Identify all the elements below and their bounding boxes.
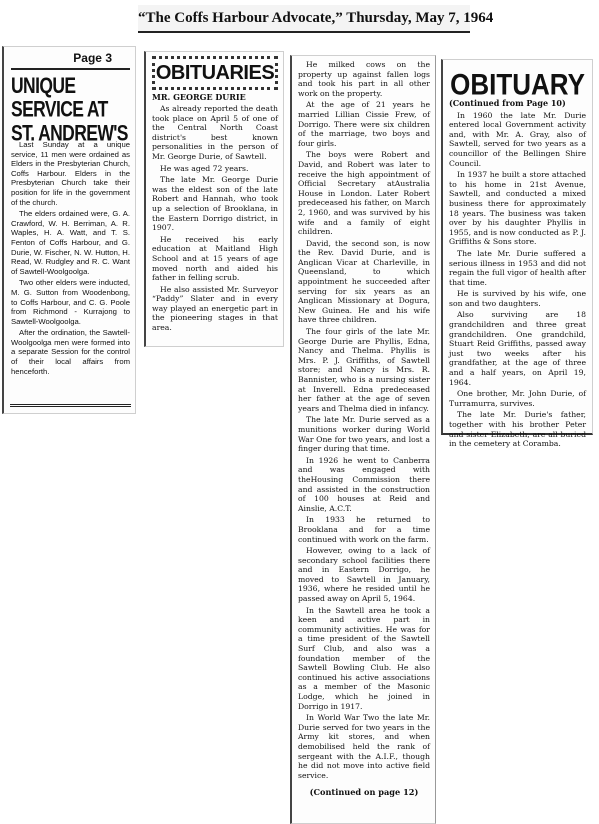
paragraph: In 1937 he built a store attached to his… <box>449 170 586 247</box>
article-obituary-continued: OBITUARY (Continued from Page 10) In 196… <box>441 59 593 435</box>
paragraph: In the Sawtell area he took a keen and a… <box>298 606 430 712</box>
paragraph: However, owing to a lack of secondary sc… <box>298 546 430 604</box>
page-label: Page 3 <box>11 51 130 65</box>
paragraph: He was aged 72 years. <box>152 164 278 174</box>
paragraph: In 1933 he returned to Brooklana and for… <box>298 515 430 544</box>
paragraph: One brother, Mr. John Durie, of Turramur… <box>449 389 586 408</box>
paragraph: The boys were Robert and David, and Robe… <box>298 150 430 236</box>
paragraph: The late Mr. Durie suffered a serious il… <box>449 249 586 287</box>
headline: UNIQUE SERVICE AT ST. ANDREW'S <box>11 74 130 145</box>
newspaper-masthead: “The Coffs Harbour Advocate,” Thursday, … <box>138 5 470 33</box>
paragraph: In 1926 he went to Canberra and was enga… <box>298 456 430 514</box>
paragraph: He also assisted Mr. Surveyor “Paddy” Sl… <box>152 285 278 333</box>
article-unique-service: Page 3 UNIQUE SERVICE AT ST. ANDREW'S La… <box>2 46 136 414</box>
paragraph: He received his early education at Maitl… <box>152 235 278 283</box>
paragraph: The four girls of the late Mr. George Du… <box>298 327 430 413</box>
paragraph: As already reported the death took place… <box>152 104 278 162</box>
byline: MR. GEORGE DURIE <box>152 92 278 102</box>
article-obituary-body: He milked cows on the property up agains… <box>290 55 436 824</box>
paragraph: In 1960 the late Mr. Durie entered local… <box>449 111 586 169</box>
paragraph: The late Mr. Durie's father, together wi… <box>449 410 586 448</box>
paragraph: The late Mr. George Durie was the eldest… <box>152 175 278 233</box>
headline: OBITUARY <box>449 68 586 100</box>
divider <box>10 404 131 407</box>
paragraph: After the ordination, the Sawtell-Woolgo… <box>11 328 130 376</box>
divider <box>11 68 130 70</box>
paragraph: Two other elders were inducted, M. G. Su… <box>11 278 130 326</box>
paragraph: At the age of 21 years he married Lillia… <box>298 100 430 148</box>
paragraph: He milked cows on the property up agains… <box>298 60 430 98</box>
paragraph: In World War Two the late Mr. Durie serv… <box>298 713 430 780</box>
paragraph: Also surviving are 18 grandchildren and … <box>449 310 586 387</box>
paragraph: He is survived by his wife, one son and … <box>449 289 586 308</box>
section-title: OBITUARIES <box>152 56 278 90</box>
article-obituaries: OBITUARIES MR. GEORGE DURIE As already r… <box>144 51 284 347</box>
paragraph: David, the second son, is now the Rev. D… <box>298 239 430 325</box>
paragraph: Last Sunday at a unique service, 11 men … <box>11 140 130 207</box>
paragraph: The elders ordained were, G. A. Crawford… <box>11 209 130 276</box>
paragraph: The late Mr. Durie served as a munitions… <box>298 415 430 453</box>
continued-note: (Continued on page 12) <box>298 788 430 798</box>
